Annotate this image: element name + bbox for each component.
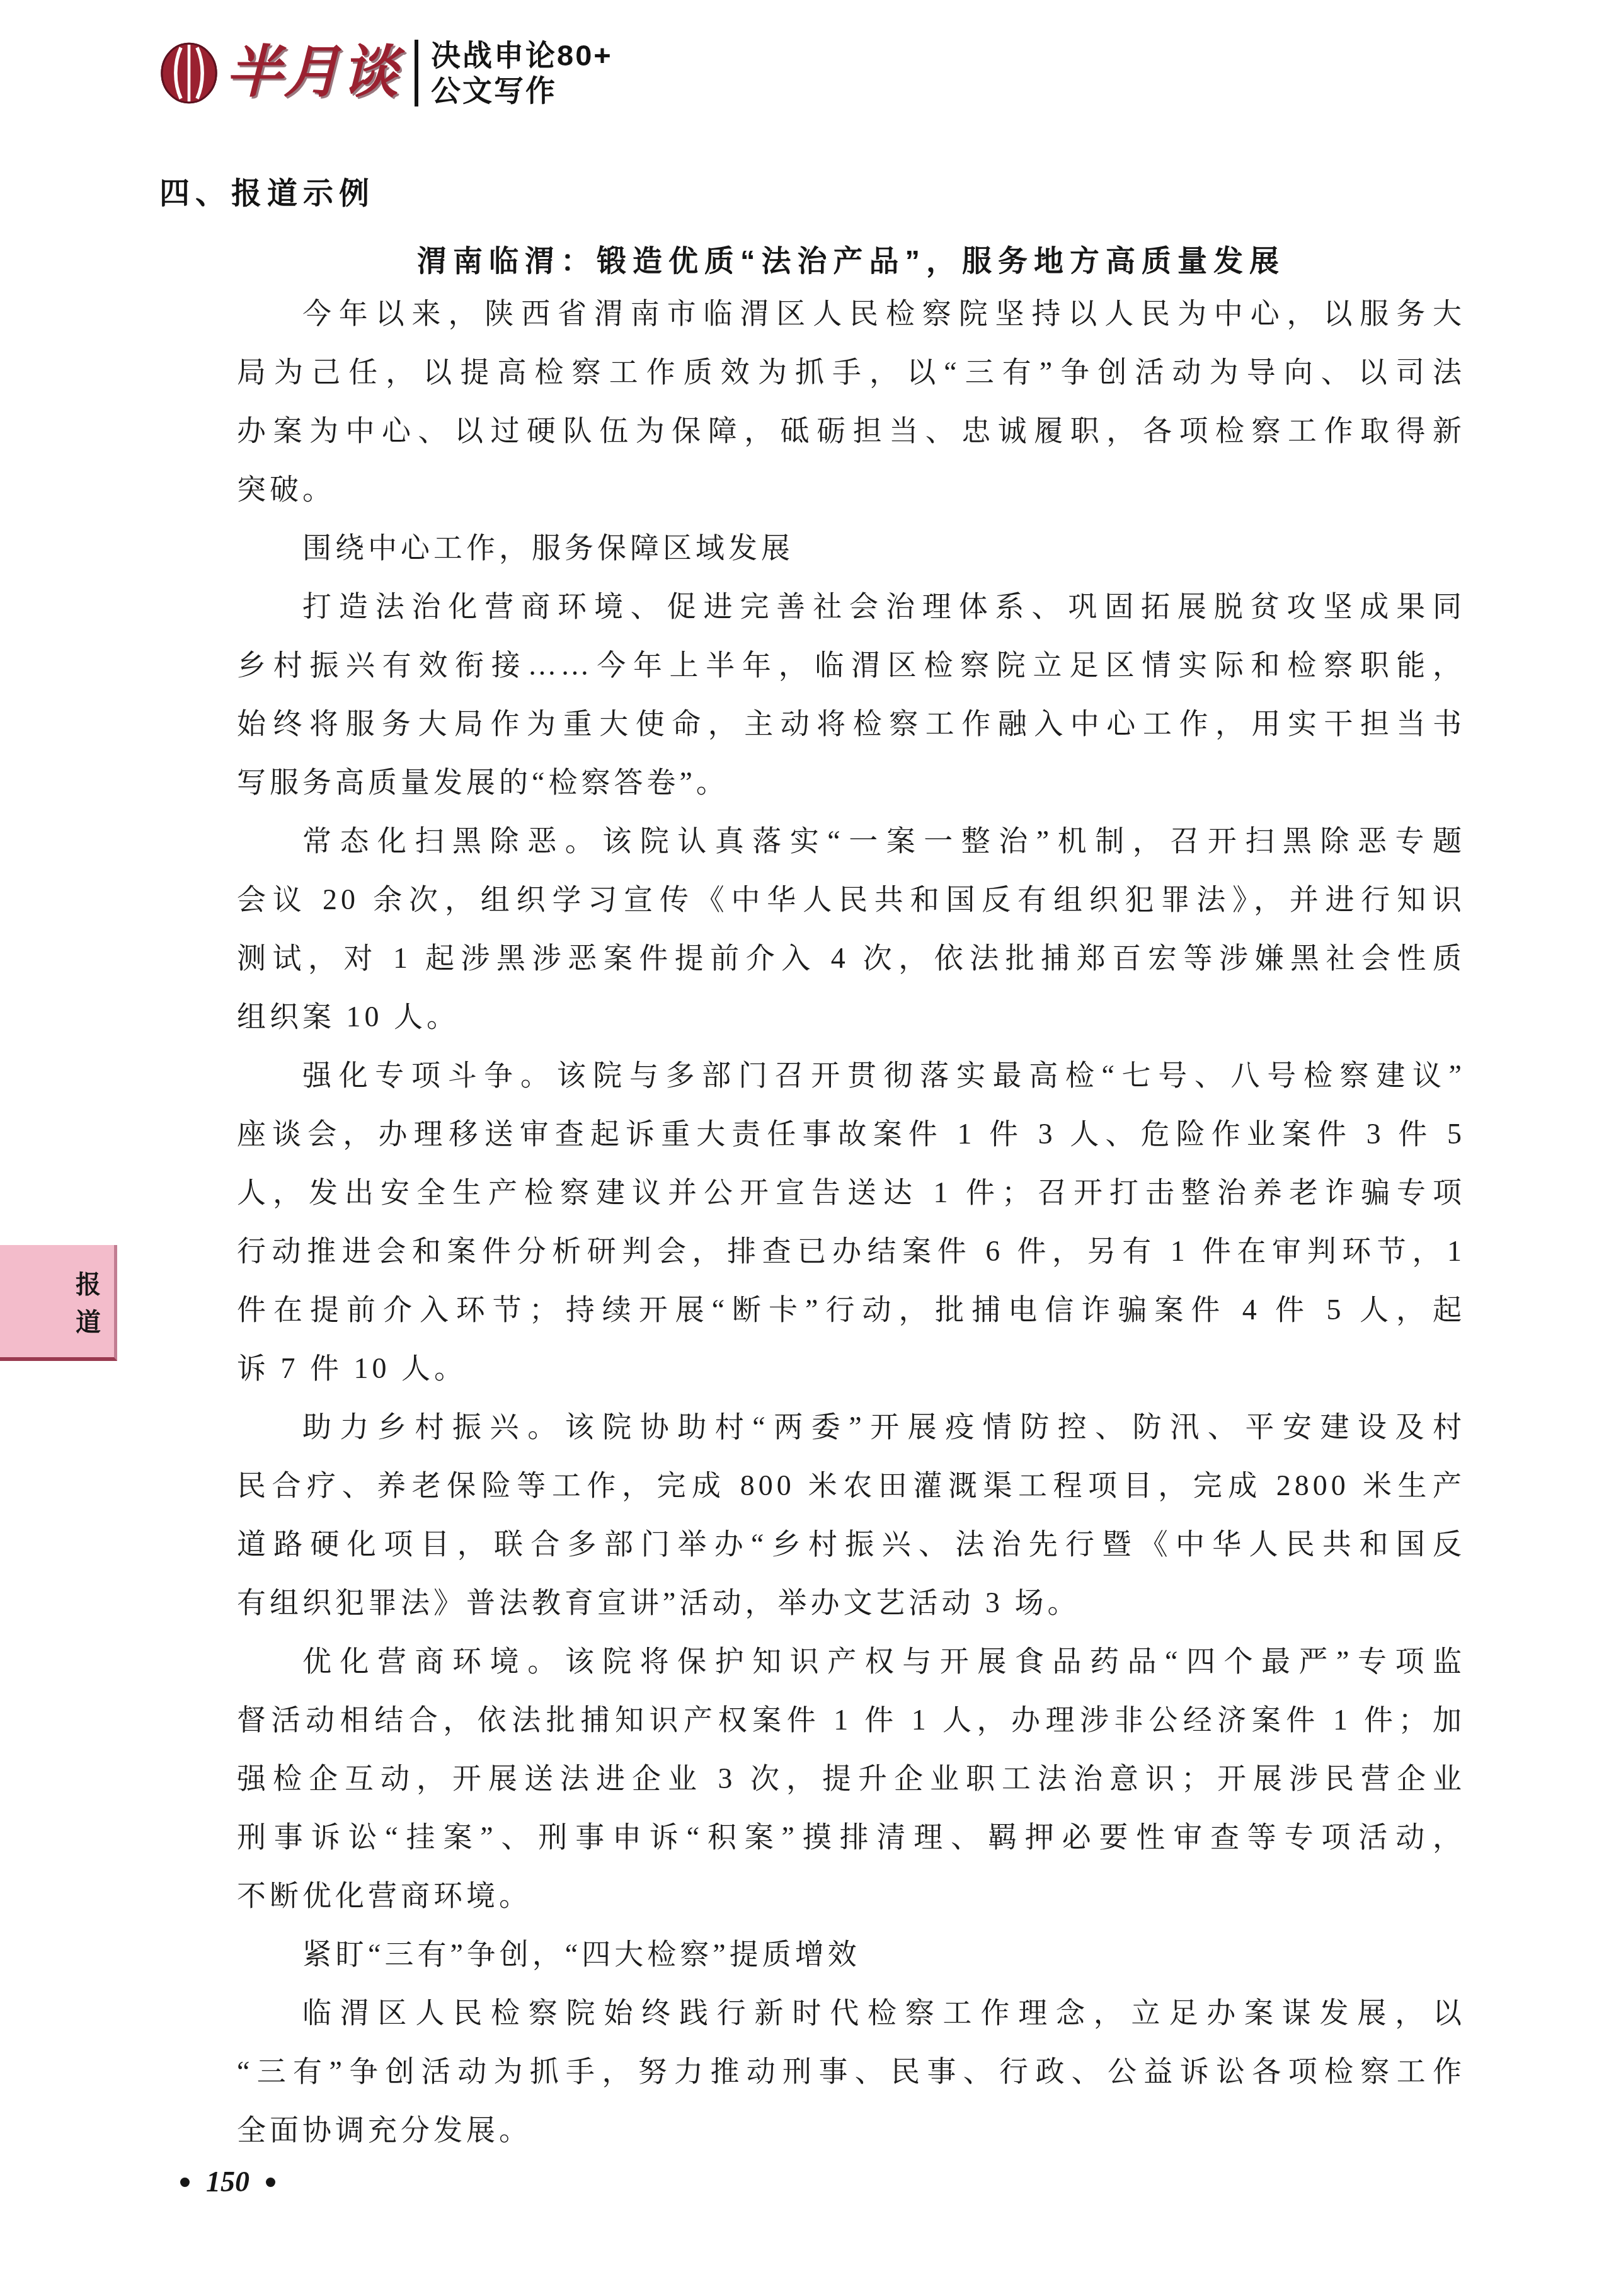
body-line: 强检企互动，开展送法进企业 3 次，提升企业职工法治意识；开展涉民营企业 — [237, 1749, 1465, 1808]
body-line: 临渭区人民检察院始终践行新时代检察工作理念，立足办案谋发展，以 — [237, 1983, 1465, 2042]
tagline-line-1: 决战申论80+ — [431, 38, 613, 73]
body-line: “三有”争创活动为抓手，努力推动刑事、民事、行政、公益诉讼各项检察工作 — [237, 2042, 1465, 2101]
body-line: 强化专项斗争。该院与多部门召开贯彻落实最高检“七号、八号检察建议” — [237, 1046, 1465, 1105]
body-line: 优化营商环境。该院将保护知识产权与开展食品药品“四个最严”专项监 — [237, 1632, 1465, 1690]
tagline-line-2: 公文写作 — [431, 73, 613, 108]
body-line: 测试，对 1 起涉黑涉恶案件提前介入 4 次，依法批捕郑百宏等涉嫌黑社会性质 — [237, 929, 1465, 987]
body-line: 今年以来，陕西省渭南市临渭区人民检察院坚持以人民为中心，以服务大 — [237, 284, 1465, 343]
body-line: 写服务高质量发展的“检察答卷”。 — [237, 753, 1465, 812]
body-line: 座谈会，办理移送审查起诉重大责任事故案件 1 件 3 人、危险作业案件 3 件 … — [237, 1105, 1465, 1163]
body-line: 不断优化营商环境。 — [237, 1866, 1465, 1925]
body-line: 件在提前介入环节；持续开展“断卡”行动，批捕电信诈骗案件 4 件 5 人，起 — [237, 1280, 1465, 1339]
header-tagline: 决战申论80+ 公文写作 — [431, 38, 613, 108]
body-line: 全面协调充分发展。 — [237, 2101, 1465, 2159]
header-divider — [415, 40, 418, 106]
body-line: 会议 20 余次，组织学习宣传《中华人民共和国反有组织犯罪法》，并进行知识 — [237, 870, 1465, 929]
page-number: 150 — [206, 2167, 249, 2196]
body-line: 诉 7 件 10 人。 — [237, 1339, 1465, 1398]
page-footer: 150 — [180, 2167, 275, 2196]
chapter-tab-char-2: 道 — [73, 1308, 103, 1337]
chapter-tab-baodao: 报 道 — [0, 1245, 117, 1361]
page-header: 半月谈 决战申论80+ 公文写作 — [160, 38, 613, 108]
body-line: 乡村振兴有效衔接……今年上半年，临渭区检察院立足区情实际和检察职能， — [237, 636, 1465, 694]
article-body: 今年以来，陕西省渭南市临渭区人民检察院坚持以人民为中心，以服务大局为己任，以提高… — [237, 284, 1465, 2159]
body-line: 围绕中心工作，服务保障区域发展 — [237, 519, 1465, 577]
section-heading: 四、报道示例 — [159, 175, 1465, 213]
body-line: 督活动相结合，依法批捕知识产权案件 1 件 1 人，办理涉非公经济案件 1 件；… — [237, 1690, 1465, 1749]
body-line: 道路硬化项目，联合多部门举办“乡村振兴、法治先行暨《中华人民共和国反 — [237, 1515, 1465, 1573]
body-line: 民合疗、养老保险等工作，完成 800 米农田灌溉渠工程项目，完成 2800 米生… — [237, 1456, 1465, 1515]
body-line: 打造法治化营商环境、促进完善社会治理体系、巩固拓展脱贫攻坚成果同 — [237, 577, 1465, 636]
body-line: 突破。 — [237, 460, 1465, 519]
body-line: 助力乡村振兴。该院协助村“两委”开展疫情防控、防汛、平安建设及村 — [237, 1398, 1465, 1456]
body-line: 始终将服务大局作为重大使命，主动将检察工作融入中心工作，用实干担当书 — [237, 694, 1465, 753]
scanned-book-page: 半月谈 决战申论80+ 公文写作 报 道 四、报道示例 渭南临渭：锻造优质“法治… — [0, 0, 1604, 2296]
body-line: 局为己任，以提高检察工作质效为抓手，以“三有”争创活动为导向、以司法 — [237, 343, 1465, 401]
body-line: 刑事诉讼“挂案”、刑事申诉“积案”摸排清理、羁押必要性审查等专项活动， — [237, 1808, 1465, 1866]
body-line: 有组织犯罪法》普法教育宣讲”活动，举办文艺活动 3 场。 — [237, 1573, 1465, 1632]
banyuetan-logo-icon — [160, 40, 218, 106]
footer-dot-right — [266, 2178, 275, 2187]
brand-name: 半月谈 — [226, 40, 399, 106]
body-line: 行动推进会和案件分析研判会，排查已办结案件 6 件，另有 1 件在审判环节，1 — [237, 1222, 1465, 1280]
footer-dot-left — [180, 2178, 190, 2187]
body-line: 常态化扫黑除恶。该院认真落实“一案一整治”机制，召开扫黑除恶专题 — [237, 812, 1465, 870]
body-line: 紧盯“三有”争创，“四大检察”提质增效 — [237, 1925, 1465, 1983]
body-line: 人，发出安全生产检察建议并公开宣告送达 1 件；召开打击整治养老诈骗专项 — [237, 1163, 1465, 1222]
document-body: 四、报道示例 渭南临渭：锻造优质“法治产品”，服务地方高质量发展 今年以来，陕西… — [159, 175, 1465, 2159]
article-title: 渭南临渭：锻造优质“法治产品”，服务地方高质量发展 — [237, 241, 1465, 280]
chapter-tab-char-1: 报 — [73, 1270, 103, 1299]
body-line: 组织案 10 人。 — [237, 987, 1465, 1046]
body-line: 办案为中心、以过硬队伍为保障，砥砺担当、忠诚履职，各项检察工作取得新 — [237, 401, 1465, 460]
